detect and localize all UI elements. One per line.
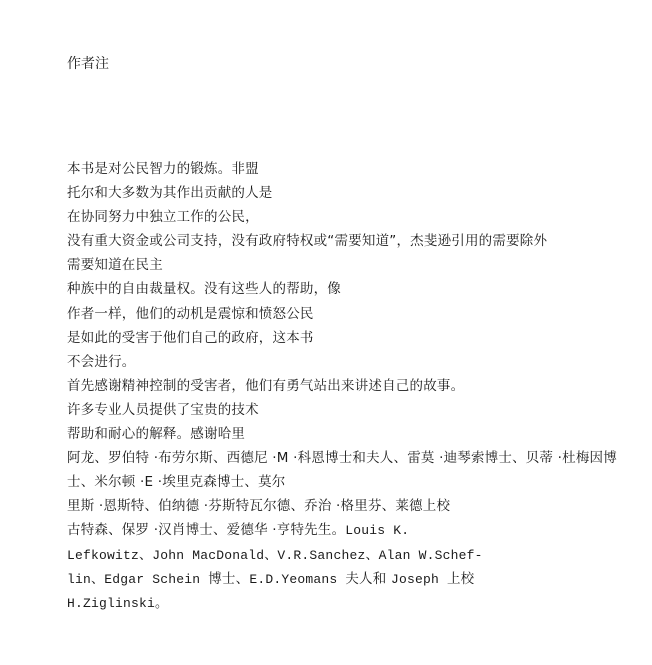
text-line: 种族中的自由裁量权。没有这些人的帮助，像 xyxy=(67,277,637,301)
text-segment: 许多专业人员提供了宝贵的技术 xyxy=(67,402,259,418)
text-line: 帮助和耐心的解释。感谢哈里 xyxy=(67,422,637,446)
text-segment: 在协同努力中独立工作的公民， xyxy=(67,209,259,225)
text-line: H.Ziglinski。 xyxy=(67,591,637,615)
text-line: 首先感谢精神控制的受害者，他们有勇气站出来讲述自己的故事。 xyxy=(67,374,637,398)
text-segment: 里斯 ·恩斯特、伯纳德 ·芬斯特瓦尔德、乔治 ·格里芬、莱德上校 xyxy=(67,498,450,514)
text-segment: 是如此的受害于他们自己的政府，这本书 xyxy=(67,330,314,346)
text-segment: 上校 xyxy=(447,571,474,587)
text-line: 士、米尔顿 ·E ·埃里克森博士、莫尔 xyxy=(67,470,637,494)
text-line: 本书是对公民智力的锻炼。非盟 xyxy=(67,157,637,181)
text-segment: 不会进行。 xyxy=(67,354,136,370)
text-segment: 帮助和耐心的解释。感谢哈里 xyxy=(67,426,245,442)
body-text: 本书是对公民智力的锻炼。非盟托尔和大多数为其作出贡献的人是在协同努力中独立工作的… xyxy=(67,157,637,615)
text-segment: 种族中的自由裁量权。没有这些人的帮助，像 xyxy=(67,281,341,297)
text-segment: 没有重大资金或公司支持，没有政府特权或“需要知道”，杰斐逊引用的需要除外 xyxy=(67,233,547,249)
latin-text-segment: Lefkowitz、John MacDonald、V.R.Sanchez、Ala… xyxy=(67,548,483,563)
text-segment: 需要知道在民主 xyxy=(67,257,163,273)
page-title: 作者注 xyxy=(67,54,109,74)
latin-text-segment: lin、Edgar Schein xyxy=(67,572,208,587)
text-segment: 托尔和大多数为其作出贡献的人是 xyxy=(67,185,273,201)
latin-text-segment: E.D.Yeomans xyxy=(249,572,345,587)
latin-text-segment: H.Ziglinski。 xyxy=(67,596,168,611)
text-line: 没有重大资金或公司支持，没有政府特权或“需要知道”，杰斐逊引用的需要除外 xyxy=(67,229,637,253)
text-line: 需要知道在民主 xyxy=(67,253,637,277)
text-line: 是如此的受害于他们自己的政府，这本书 xyxy=(67,326,637,350)
text-line: lin、Edgar Schein 博士、E.D.Yeomans 夫人和 Jose… xyxy=(67,567,637,591)
text-line: 许多专业人员提供了宝贵的技术 xyxy=(67,398,637,422)
text-line: 作者一样，他们的动机是震惊和愤怒公民 xyxy=(67,302,637,326)
text-segment: 夫人和 xyxy=(345,571,391,587)
text-segment: 本书是对公民智力的锻炼。非盟 xyxy=(67,161,259,177)
text-line: 古特森、保罗 ·汉肖博士、爱德华 ·亨特先生。Louis K. xyxy=(67,518,637,542)
text-line: 在协同努力中独立工作的公民， xyxy=(67,205,637,229)
latin-text-segment: Joseph xyxy=(391,572,447,587)
text-segment: 古特森、保罗 ·汉肖博士、爱德华 ·亨特先生。 xyxy=(67,522,345,538)
text-line: 托尔和大多数为其作出贡献的人是 xyxy=(67,181,637,205)
text-segment: 博士、 xyxy=(208,571,249,587)
text-segment: 阿龙、罗伯特 ·布劳尔斯、西德尼 ·M ·科恩博士和夫人、雷莫 ·迪琴索博士、贝… xyxy=(67,450,617,466)
text-line: 阿龙、罗伯特 ·布劳尔斯、西德尼 ·M ·科恩博士和夫人、雷莫 ·迪琴索博士、贝… xyxy=(67,446,637,470)
text-line: 里斯 ·恩斯特、伯纳德 ·芬斯特瓦尔德、乔治 ·格里芬、莱德上校 xyxy=(67,494,637,518)
text-line: 不会进行。 xyxy=(67,350,637,374)
text-segment: 首先感谢精神控制的受害者，他们有勇气站出来讲述自己的故事。 xyxy=(67,378,464,394)
text-line: Lefkowitz、John MacDonald、V.R.Sanchez、Ala… xyxy=(67,543,637,567)
text-segment: 作者一样，他们的动机是震惊和愤怒公民 xyxy=(67,306,314,322)
latin-text-segment: Louis K. xyxy=(345,523,409,538)
text-segment: 士、米尔顿 ·E ·埃里克森博士、莫尔 xyxy=(67,474,286,490)
